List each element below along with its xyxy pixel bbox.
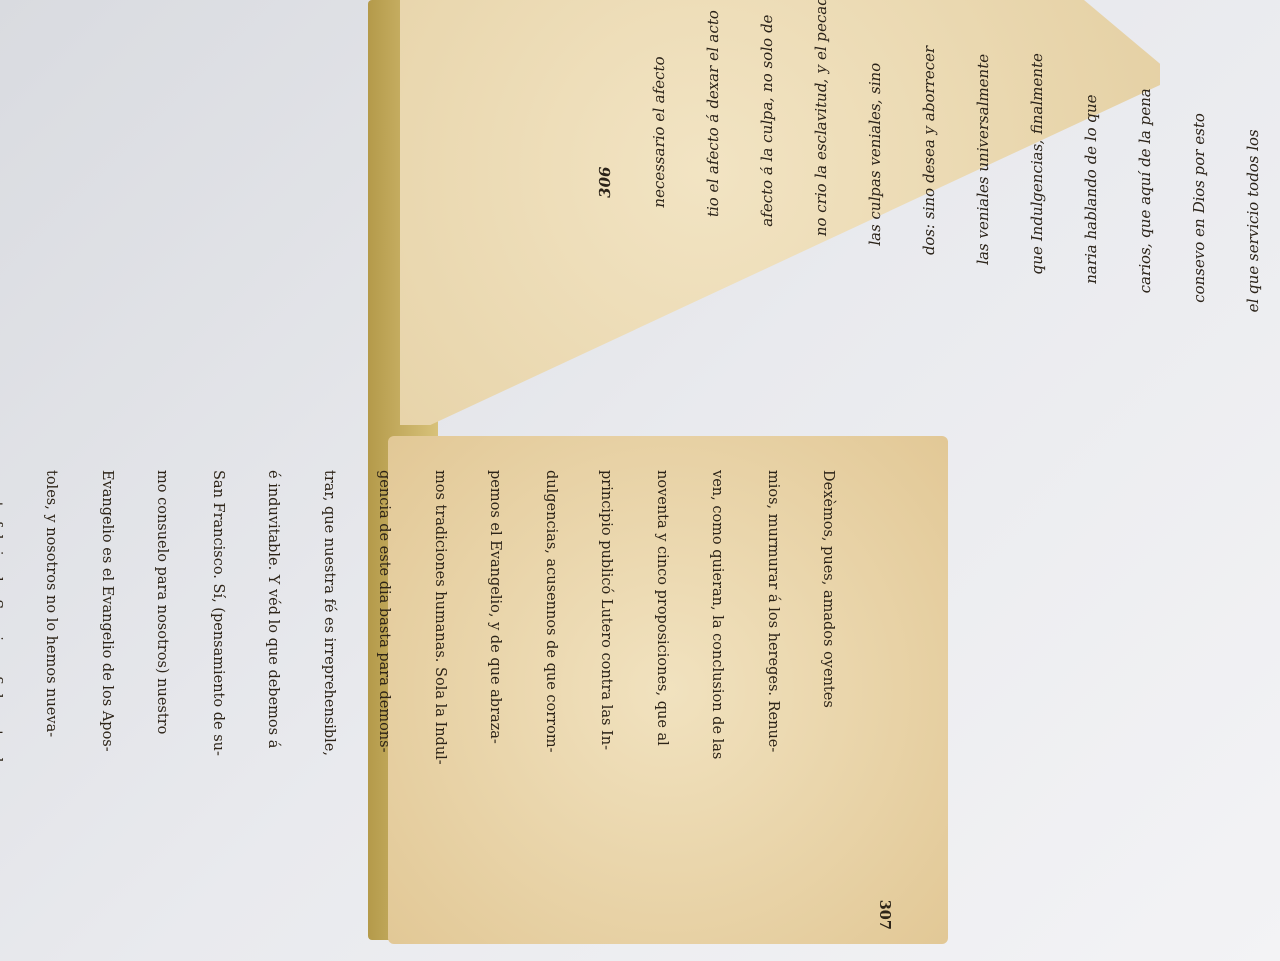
text-line: principio publicó Lutero contra las In-	[597, 470, 616, 930]
right-page-text: 307 Dexèmos, pues, amados oyentes mios, …	[0, 470, 930, 930]
text-line: afecto á la culpa, no solo de	[758, 0, 776, 228]
text-line: toles, y nosotros no lo hemos nueva-	[42, 470, 61, 930]
right-page-number: 307	[875, 470, 894, 930]
text-line: que Indulgencias, finalmente	[1028, 0, 1046, 276]
text-line: é induvitable. Y véd lo que debemos á	[264, 470, 283, 930]
text-line: Evangelio es el Evangelio de los Apos-	[98, 470, 117, 930]
text-line: no crio la esclavitud, y el pecado	[812, 0, 830, 238]
text-line: dulgencias, acusennos de que corrom-	[542, 470, 561, 930]
text-line: las veniales universalmente	[974, 0, 992, 266]
text-line: ven, como quieran, la conclusion de las	[708, 470, 727, 930]
left-page-number: 306	[596, 0, 614, 200]
text-line: naria hablando de lo que	[1082, 0, 1100, 285]
text-line: tio el afecto á dexar el acto	[704, 0, 722, 219]
text-line: las culpas veniales, sino	[866, 0, 884, 247]
left-page-text: 306 necessario el afecto tio el afecto á…	[560, 0, 1280, 403]
text-line: mos tradiciones humanas. Sola la Indul-	[431, 470, 450, 930]
text-line: mo consuelo para nosotros) nuestro	[153, 470, 172, 930]
text-line: mios, murmurar á los hereges. Renue-	[764, 470, 783, 930]
text-line: pemos el Evangelio, y de que abraza-	[486, 470, 505, 930]
text-line: gencia de este dia basta para demons-	[375, 470, 394, 930]
text-line: dos: sino desea y aborrecer	[920, 0, 938, 257]
text-line: necessario el afecto	[650, 0, 668, 209]
text-line: noventa y cinco proposiciones, que al	[653, 470, 672, 930]
text-line: carios, que aquí de la pena	[1136, 0, 1154, 295]
text-line: el que servicio todos los	[1244, 11, 1262, 314]
text-line: consevo en Dios por esto	[1190, 1, 1208, 304]
text-line: mente fabricado. Seguimos fielmente el	[0, 470, 5, 930]
text-line: Dexèmos, pues, amados oyentes	[819, 470, 838, 930]
text-line: San Francisco. Sí, (pensamiento de su-	[209, 470, 228, 930]
text-line: trar, que nuestra fé es irreprehensible,	[320, 470, 339, 930]
